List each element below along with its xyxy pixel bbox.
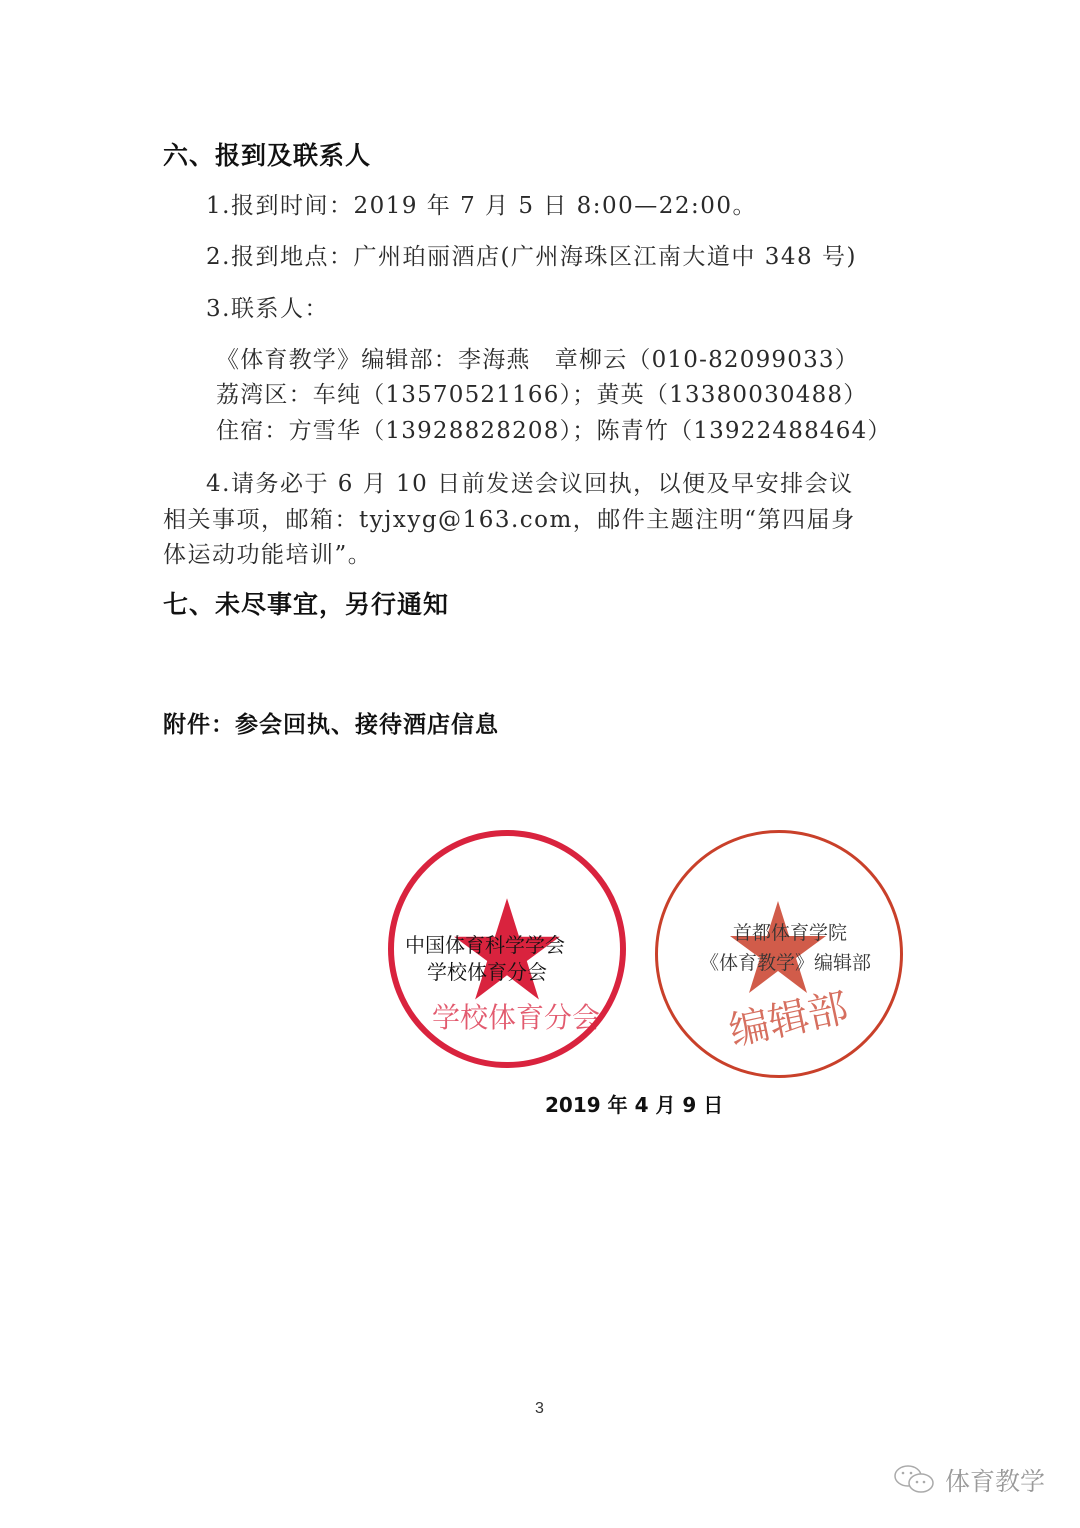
item-receipt-line3: 体运动功能培训”。: [163, 536, 372, 569]
item-receipt-line2: 相关事项，邮箱：tyjxyg@163.com，邮件主题注明“第四届身: [163, 501, 856, 534]
contact-editorial: 《体育教学》编辑部：李海燕 章柳云（010-82099033）: [216, 341, 859, 374]
item-report-time: 1.报到时间：2019 年 7 月 5 日 8:00—22:00。: [206, 187, 757, 220]
contact-lodging: 住宿：方雪华（13928828208）；陈青竹（13922488464）: [216, 412, 892, 445]
section-six-heading: 六、报到及联系人: [163, 136, 371, 172]
item-report-location: 2.报到地点：广州珀丽酒店(广州海珠区江南大道中 348 号): [206, 238, 857, 271]
stamp-right-overlay-line2: 《体育教学》编辑部: [700, 948, 871, 975]
item-receipt-line1: 4.请务必于 6 月 10 日前发送会议回执，以便及早安排会议: [206, 465, 854, 498]
stamp-right-overlay-line1: 首都体育学院: [733, 918, 847, 945]
document-date: 2019 年 4 月 9 日: [545, 1089, 723, 1118]
stamp-left-bottom-text: 学校体育分会: [432, 996, 600, 1036]
attachment-note: 附件：参会回执、接待酒店信息: [163, 706, 499, 739]
section-seven-heading: 七、未尽事宜，另行通知: [163, 585, 449, 621]
wechat-icon: [893, 1464, 937, 1496]
contact-liwan: 荔湾区：车纯（13570521166）；黄英（13380030488）: [216, 376, 867, 409]
stamp-left-overlay-line2: 学校体育分会: [427, 956, 547, 985]
watermark-text: 体育教学: [945, 1462, 1045, 1498]
item-contacts-label: 3.联系人：: [206, 290, 329, 323]
wechat-watermark: 体育教学: [893, 1462, 1045, 1498]
stamp-left-overlay-line1: 中国体育科学学会: [405, 929, 565, 958]
page-number: 3: [535, 1400, 544, 1418]
